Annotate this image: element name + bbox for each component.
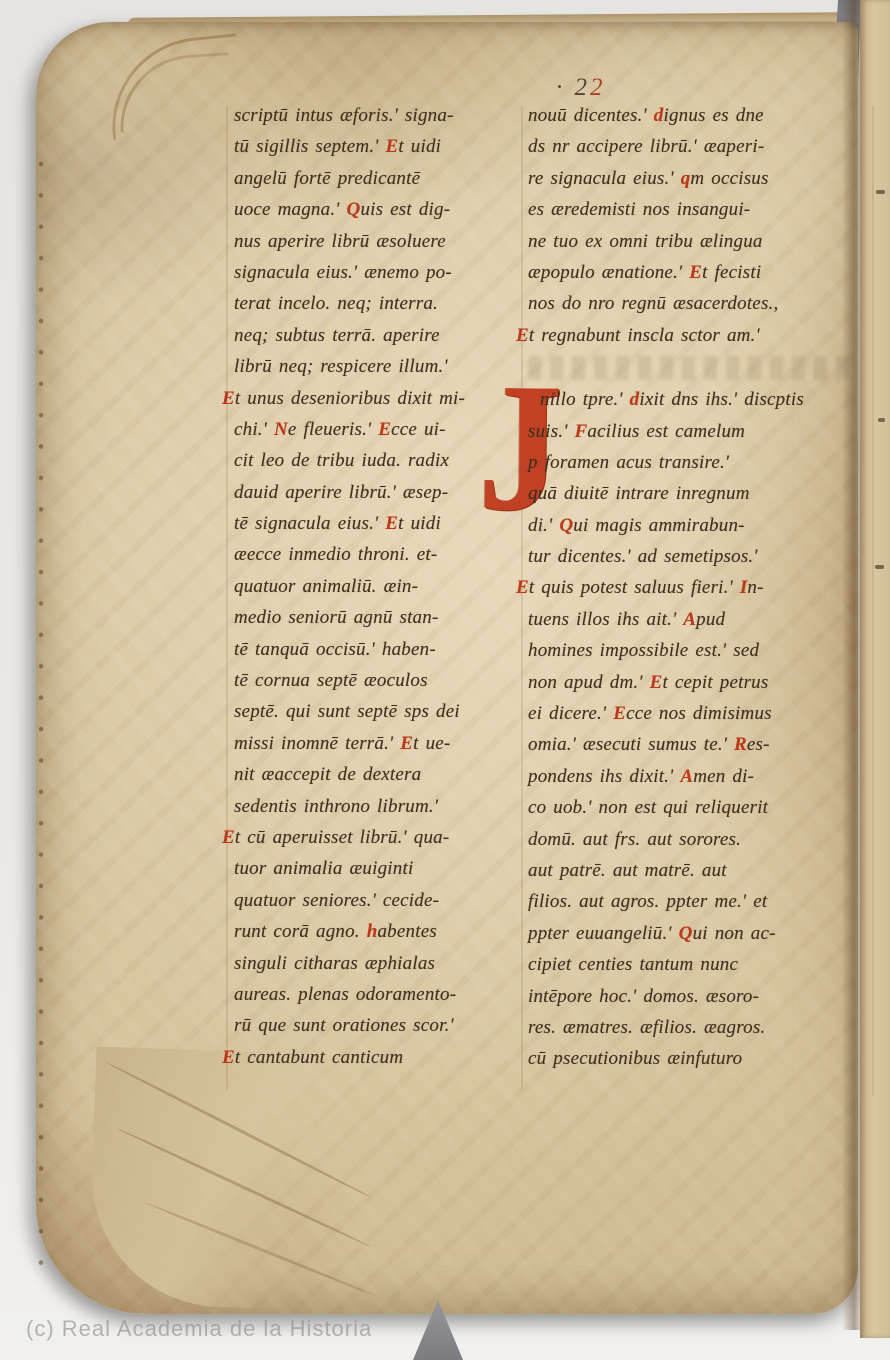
rubric-initial: E <box>222 1047 235 1068</box>
manuscript-scan: · 22 scriptū intus æforis.' signa-tū sig… <box>0 0 890 1360</box>
manuscript-line: æpopulo ænatione.' Et fecisti <box>528 257 880 288</box>
left-text-column: scriptū intus æforis.' signa-tū sigillis… <box>234 100 526 1073</box>
manuscript-line: Et quis potest saluus fieri.' In- <box>516 572 880 603</box>
manuscript-line: tuens illos ihs ait.' Apud <box>528 604 880 635</box>
manuscript-line: sedentis inthrono librum.' <box>234 791 526 822</box>
rubric-initial: E <box>689 262 702 283</box>
pricking-holes <box>38 160 44 1266</box>
manuscript-line: intēpore hoc.' domos. æsoro- <box>528 981 880 1012</box>
right-text-column: nouū dicentes.' dignus es dneds nr accip… <box>528 100 880 1075</box>
manuscript-line: singuli citharas æphialas <box>234 948 526 979</box>
rubric-initial: E <box>650 672 663 693</box>
manuscript-line: domū. aut frs. aut sorores. <box>528 824 880 855</box>
rubric-initial: Q <box>347 199 361 220</box>
right-column-section1: nouū dicentes.' dignus es dneds nr accip… <box>528 100 880 351</box>
manuscript-line: rū que sunt orationes scor.' <box>234 1010 526 1041</box>
manuscript-line: runt corā agno. habentes <box>234 916 526 947</box>
manuscript-line: ds nr accipere librū.' æaperi- <box>528 131 880 162</box>
manuscript-line: cipiet centies tantum nunc <box>528 949 880 980</box>
manuscript-line: nouū dicentes.' dignus es dne <box>528 100 880 131</box>
manuscript-line: uoce magna.' Quis est dig- <box>234 194 526 225</box>
manuscript-line: non apud dm.' Et cepit petrus <box>528 667 880 698</box>
manuscript-line: omia.' æsecuti sumus te.' Res- <box>528 729 880 760</box>
rubric-initial: N <box>274 419 288 440</box>
manuscript-line: terat incelo. neq; interra. <box>234 288 526 319</box>
manuscript-line: filios. aut agros. ppter me.' et <box>528 886 880 917</box>
folio-number-red: 2 <box>590 74 606 101</box>
rubric-initial: q <box>681 168 691 189</box>
rubric-initial: A <box>680 766 693 787</box>
manuscript-line: medio seniorū agnū stan- <box>234 602 526 633</box>
rubric-initial: Q <box>679 923 693 944</box>
manuscript-line: p foramen acus transire.' <box>528 447 880 478</box>
manuscript-line: tū sigillis septem.' Et uidi <box>234 131 526 162</box>
rubric-initial: R <box>734 734 747 755</box>
rubric-initial: E <box>385 513 398 534</box>
manuscript-line: co uob.' non est qui reliquerit <box>528 792 880 823</box>
rubric-initial: A <box>683 609 696 630</box>
manuscript-line: re signacula eius.' qm occisus <box>528 163 880 194</box>
manuscript-line: nos do nro regnū æsacerdotes., <box>528 288 880 319</box>
manuscript-line: suis.' Facilius est camelum <box>528 416 880 447</box>
manuscript-line: nus aperire librū æsoluere <box>234 226 526 257</box>
manuscript-line: quā diuitē intrare inregnum <box>528 478 880 509</box>
manuscript-line: ppter euuangeliū.' Qui non ac- <box>528 918 880 949</box>
rubric-initial: d <box>654 105 664 126</box>
manuscript-line: quatuor animaliū. æin- <box>234 571 526 602</box>
manuscript-line: signacula eius.' ænemo po- <box>234 257 526 288</box>
rubric-initial: Q <box>559 515 573 536</box>
manuscript-line: cū psecutionibus æinfuturo <box>528 1043 880 1074</box>
manuscript-line: ei dicere.' Ecce nos dimisimus <box>528 698 880 729</box>
manuscript-line: tē cornua septē æoculos <box>234 665 526 696</box>
rubric-initial: E <box>222 827 235 848</box>
manuscript-line: aut patrē. aut matrē. aut <box>528 855 880 886</box>
manuscript-line: septē. qui sunt septē sps dei <box>234 696 526 727</box>
ruling-line <box>226 106 228 1090</box>
manuscript-line: Et regnabunt inscla sctor am.' <box>516 320 880 351</box>
under-leaf-edge <box>88 1046 417 1313</box>
manuscript-line: scriptū intus æforis.' signa- <box>234 100 526 131</box>
manuscript-line: di.' Qui magis ammirabun- <box>528 510 880 541</box>
manuscript-line: missi inomnē terrā.' Et ue- <box>234 728 526 759</box>
rubric-initial: d <box>630 389 640 410</box>
rubric-initial: E <box>378 419 391 440</box>
rubric-initial: E <box>400 733 413 754</box>
rubric-initial: I <box>740 577 748 598</box>
manuscript-line: angelū fortē predicantē <box>234 163 526 194</box>
manuscript-line: tur dicentes.' ad semetipsos.' <box>528 541 880 572</box>
rubric-initial: F <box>575 421 588 442</box>
rubric-initial: E <box>222 388 235 409</box>
manuscript-line: pondens ihs dixit.' Amen di- <box>528 761 880 792</box>
rubric-initial: E <box>386 136 399 157</box>
rubric-initial: h <box>367 921 378 942</box>
watermark: (c) Real Academia de la Historia <box>26 1316 372 1342</box>
rubric-initial: E <box>613 703 626 724</box>
manuscript-line: Et cantabunt canticum <box>222 1042 526 1073</box>
manuscript-line: ne tuo ex omni tribu ælingua <box>528 226 880 257</box>
manuscript-line: nit æaccepit de dextera <box>234 759 526 790</box>
manuscript-line: homines impossibile est.' sed <box>528 635 880 666</box>
folio-number: · 22 <box>556 74 606 102</box>
manuscript-line: res. æmatres. æfilios. æagros. <box>528 1012 880 1043</box>
manuscript-line: tuor animalia æuiginti <box>234 853 526 884</box>
rubric-initial: E <box>516 325 529 346</box>
manuscript-line: Et cū aperuisset librū.' qua- <box>222 822 526 853</box>
manuscript-line: tē tanquā occisū.' haben- <box>234 634 526 665</box>
folio-number-dark: · 2 <box>556 74 590 101</box>
manuscript-line: es æredemisti nos insangui- <box>528 194 880 225</box>
manuscript-line: quatuor seniores.' cecide- <box>234 885 526 916</box>
rubric-initial: E <box>516 577 529 598</box>
manuscript-line: aureas. plenas odoramento- <box>234 979 526 1010</box>
manuscript-line: nillo tpre.' dixit dns ihs.' discptis <box>528 384 880 415</box>
right-column-section2: nillo tpre.' dixit dns ihs.' discptissui… <box>528 384 880 1075</box>
